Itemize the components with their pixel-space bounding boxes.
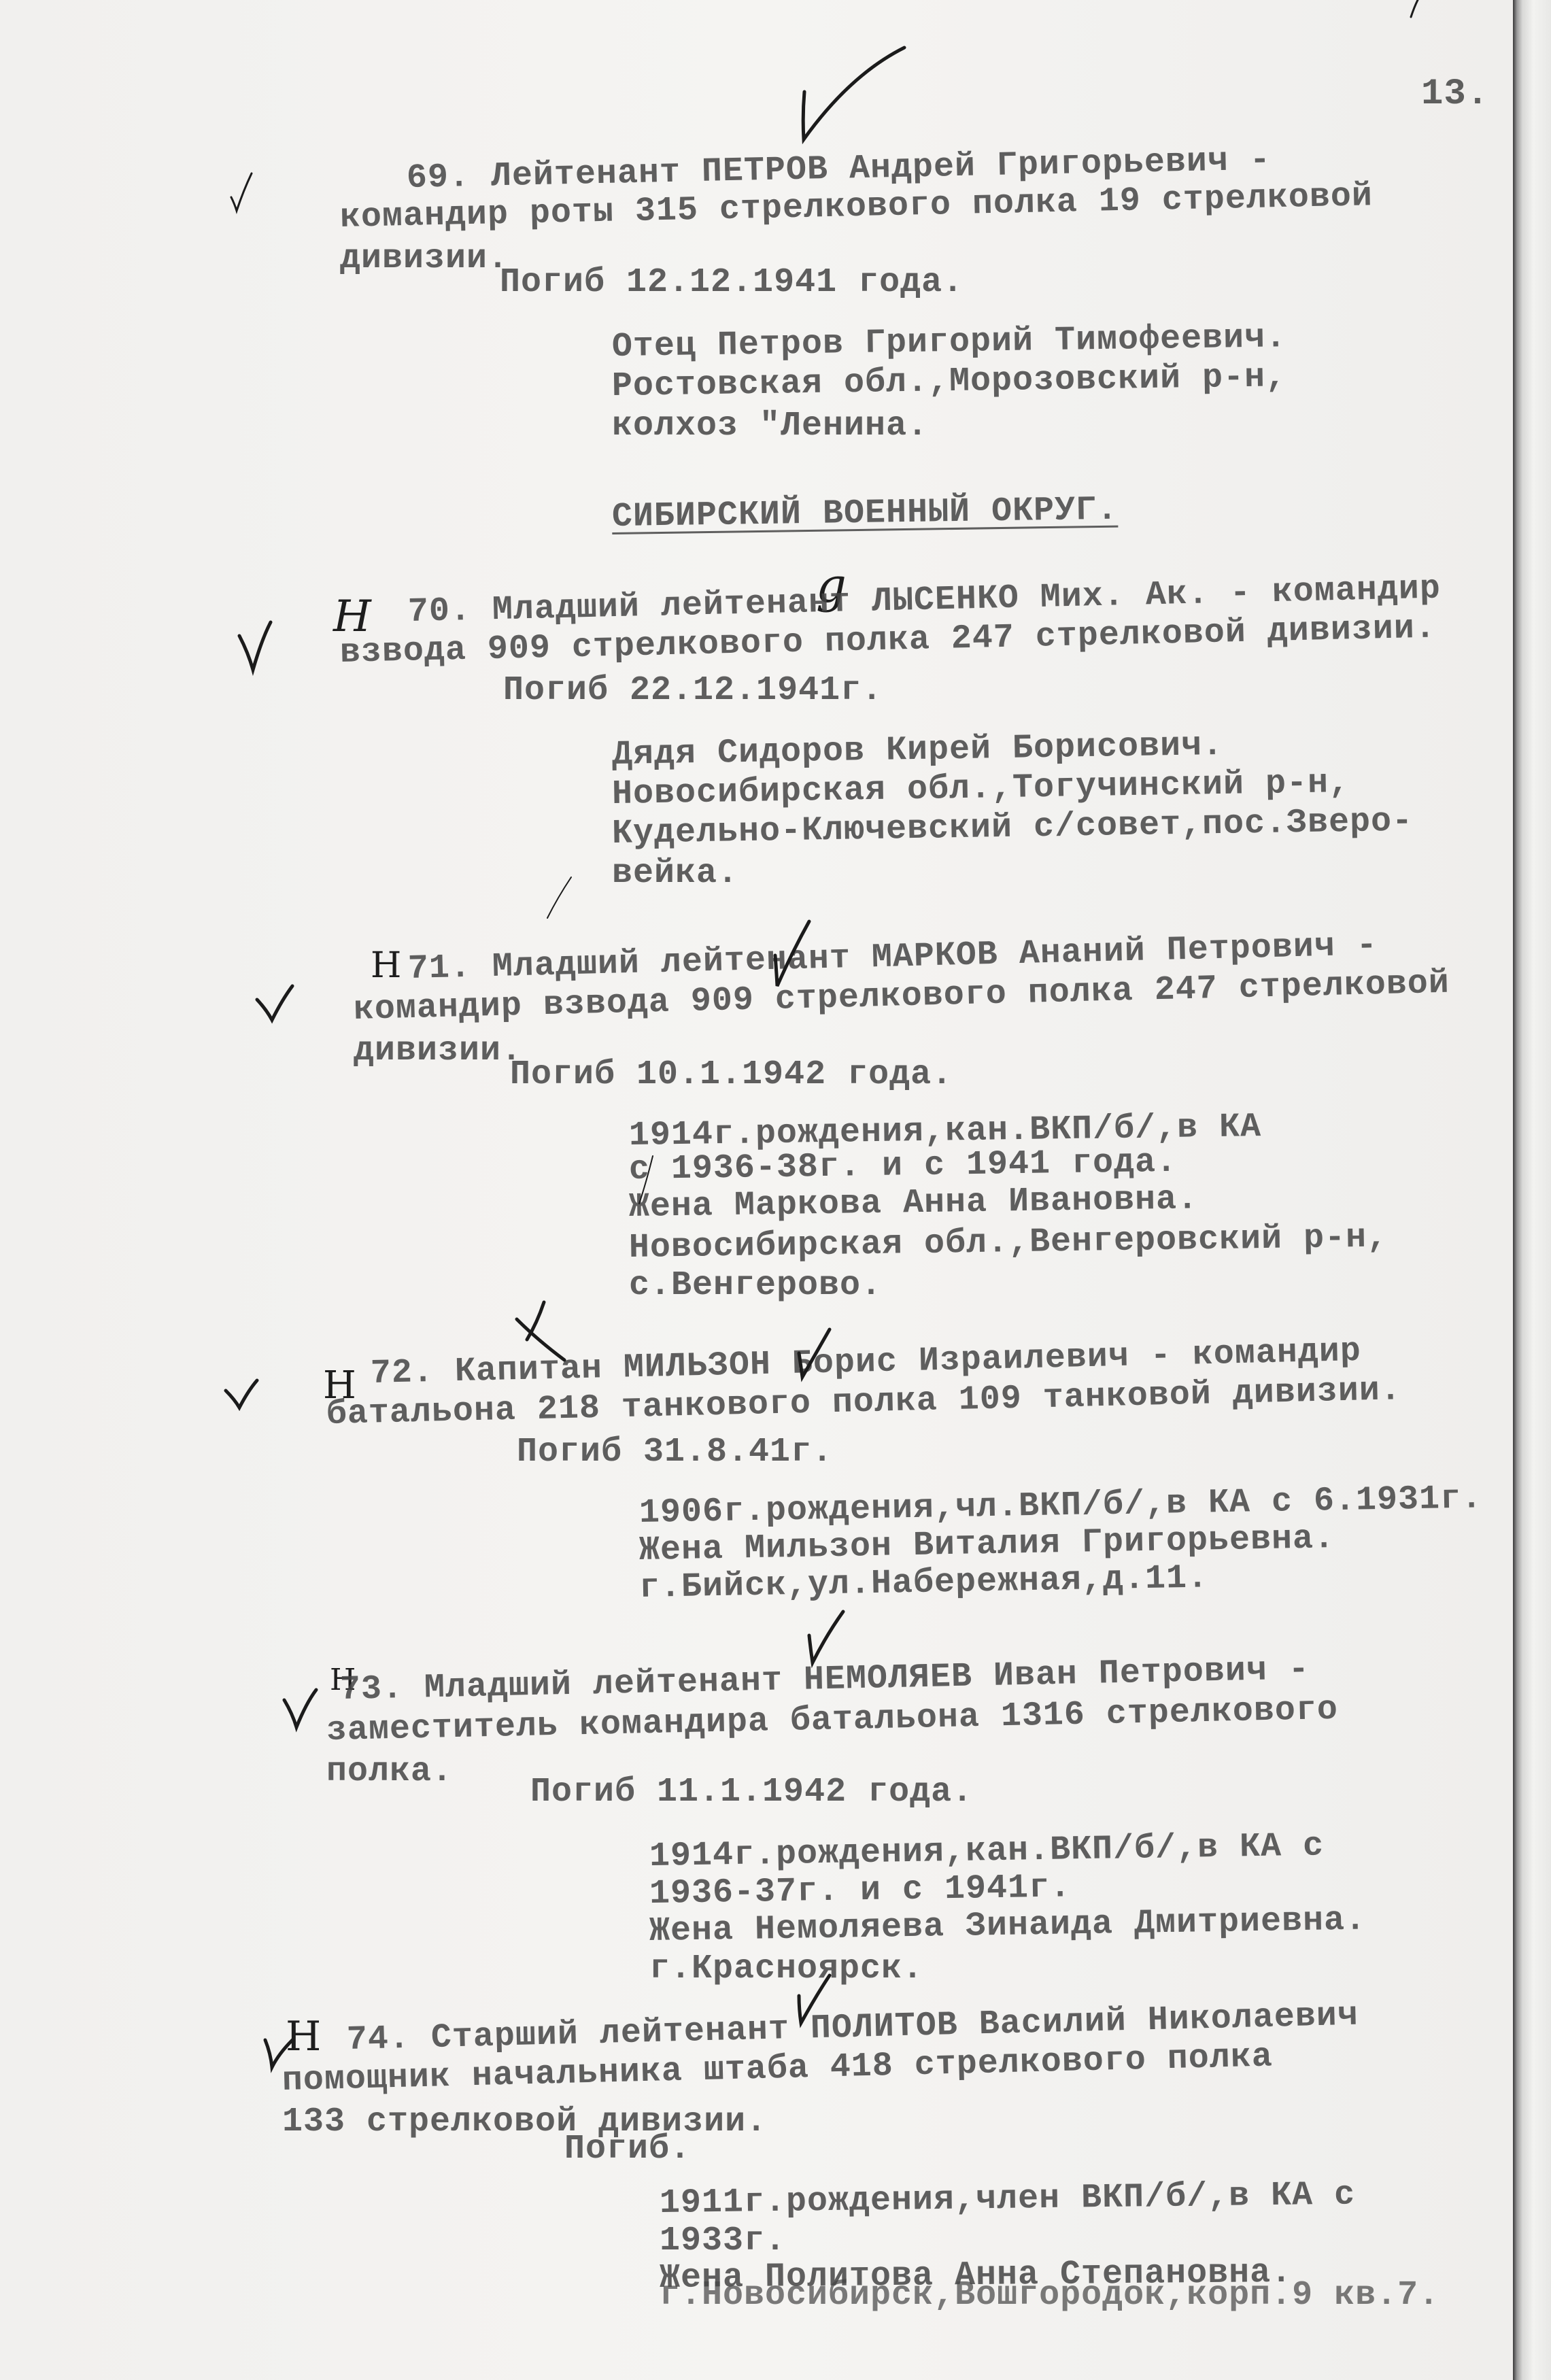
handwritten-check-marks [0, 0, 1551, 2380]
checkmark-icon [226, 0, 1418, 2067]
